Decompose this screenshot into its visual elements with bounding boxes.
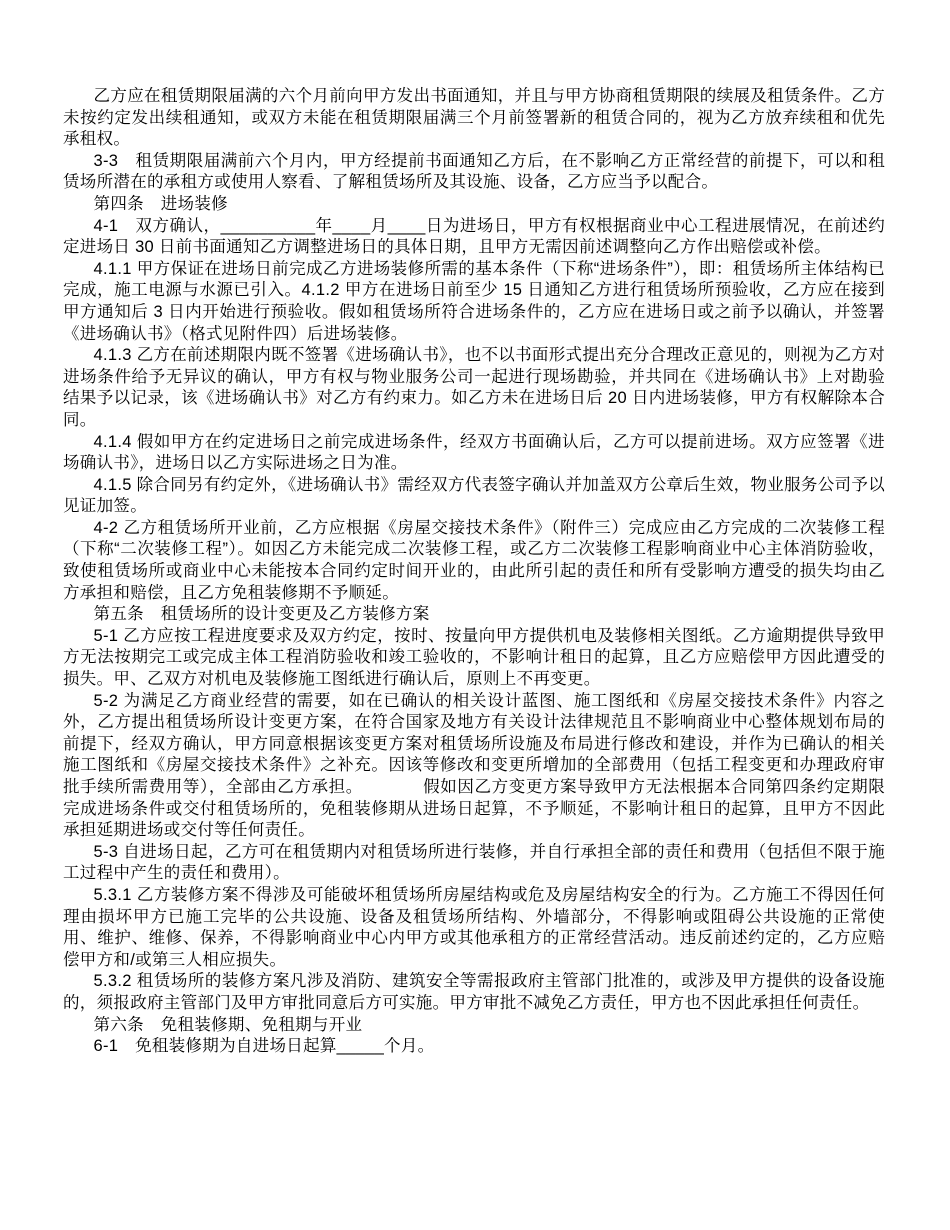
contract-paragraph-5-3: 5-3 自进场日起，乙方可在租赁期内对租赁场所进行装修，并自行承担全部的责任和费… [63, 842, 885, 885]
document-page: 乙方应在租赁期限届满的六个月前向甲方发出书面通知，并且与甲方协商租赁期限的续展及… [0, 0, 950, 1230]
contract-paragraph-5-3-2: 5.3.2 租赁场所的装修方案凡涉及消防、建筑安全等需报政府主管部门批准的，或涉… [63, 971, 885, 1014]
section-heading-article-5: 第五条 租赁场所的设计变更及乙方装修方案 [63, 604, 885, 626]
section-heading-article-4: 第四条 进场装修 [63, 194, 885, 216]
contract-paragraph: 乙方应在租赁期限届满的六个月前向甲方发出书面通知，并且与甲方协商租赁期限的续展及… [63, 86, 885, 151]
contract-paragraph-5-2: 5-2 为满足乙方商业经营的需要，如在已确认的相关设计蓝图、施工图纸和《房屋交接… [63, 691, 885, 842]
contract-paragraph-4-1-3: 4.1.3 乙方在前述期限内既不签署《进场确认书》，也不以书面形式提出充分合理改… [63, 345, 885, 431]
contract-paragraph-4-1: 4-1 双方确认，__________年____月____日为进场日，甲方有权根… [63, 216, 885, 259]
contract-paragraph-3-3: 3-3 租赁期限届满前六个月内，甲方经提前书面通知乙方后，在不影响乙方正常经营的… [63, 151, 885, 194]
contract-paragraph-4-1-1: 4.1.1 甲方保证在进场日前完成乙方进场装修所需的基本条件（下称“进场条件”）… [63, 259, 885, 345]
contract-paragraph-4-1-4: 4.1.4 假如甲方在约定进场日之前完成进场条件，经双方书面确认后，乙方可以提前… [63, 432, 885, 475]
contract-paragraph-6-1: 6-1 免租装修期为自进场日起算_____个月。 [63, 1036, 885, 1058]
contract-paragraph-5-1: 5-1 乙方应按工程进度要求及双方约定，按时、按量向甲方提供机电及装修相关图纸。… [63, 626, 885, 691]
contract-text-block: 乙方应在租赁期限届满的六个月前向甲方发出书面通知，并且与甲方协商租赁期限的续展及… [63, 86, 885, 1058]
contract-paragraph-4-1-5: 4.1.5 除合同另有约定外，《进场确认书》需经双方代表签字确认并加盖双方公章后… [63, 475, 885, 518]
contract-paragraph-5-3-1: 5.3.1 乙方装修方案不得涉及可能破坏租赁场所房屋结构或危及房屋结构安全的行为… [63, 885, 885, 971]
section-heading-article-6: 第六条 免租装修期、免租期与开业 [63, 1015, 885, 1037]
contract-paragraph-4-2: 4-2 乙方租赁场所开业前，乙方应根据《房屋交接技术条件》（附件三）完成应由乙方… [63, 518, 885, 604]
